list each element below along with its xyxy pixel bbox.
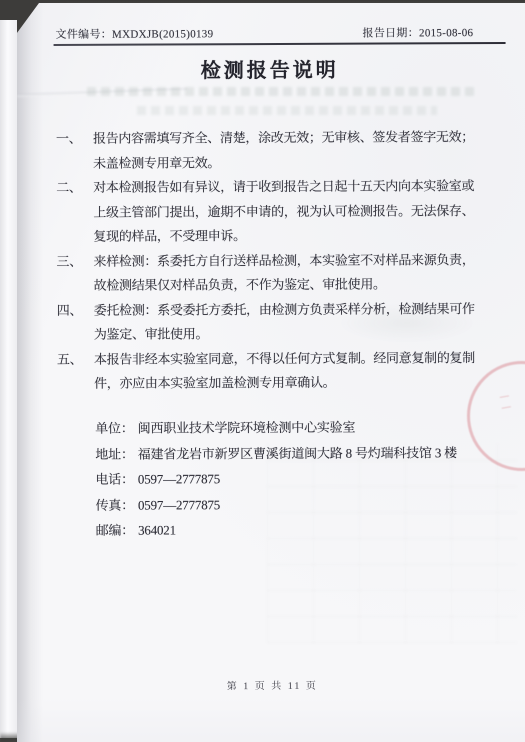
note-item-line: 为鉴定、审批使用。 (57, 321, 509, 347)
note-item-line: 一、报告内容需填写齐全、清楚，涂改无效；无审核、签发者签字无效； (56, 125, 508, 151)
contact-value: 364021 (138, 522, 176, 537)
contact-value: 0597—2777875 (138, 471, 220, 486)
document-page: 丨丨 文件编号：MXDXJB(2015)0139 报告日期：2015-08-06… (17, 3, 525, 742)
note-text: 复现的样品，不受理申诉。 (93, 228, 245, 244)
note-text: 未盖检测专用章无效。 (93, 155, 220, 171)
page-number: 第 1 页 共 11 页 (18, 676, 525, 693)
contact-line-phone: 电话：0597—2777875 (95, 465, 457, 492)
header-rule (54, 42, 506, 45)
note-number: 二、 (56, 176, 93, 201)
note-item-line: 上级主管部门提出，逾期不申请的，视为认可检测报告。无法保存、 (56, 198, 508, 224)
contact-line-unit: 单位：闽西职业技术学院环境检测中心实验室 (95, 414, 457, 441)
page-title: 检测报告说明 (16, 53, 524, 84)
scanned-report-page: 丨丨 文件编号：MXDXJB(2015)0139 报告日期：2015-08-06… (0, 0, 525, 742)
contact-label: 地址： (95, 446, 133, 461)
file-number: 文件编号：MXDXJB(2015)0139 (55, 25, 213, 42)
contact-line-zip: 邮编：364021 (96, 516, 458, 543)
file-number-value: MXDXJB(2015)0139 (112, 28, 213, 40)
note-item-line: 复现的样品，不受理申诉。 (56, 223, 508, 249)
note-text: 件，亦应由本实验室加盖检测专用章确认。 (94, 375, 335, 391)
note-number: 三、 (56, 249, 93, 274)
contact-label: 传真： (96, 497, 134, 512)
note-text: 报告内容需填写齐全、清楚，涂改无效；无审核、签发者签字无效； (93, 129, 474, 146)
report-date-value: 2015-08-06 (419, 27, 473, 39)
contact-block: 单位：闽西职业技术学院环境检测中心实验室 地址：福建省龙岩市新罗区曹溪街道闽大路… (95, 414, 457, 543)
contact-value: 福建省龙岩市新罗区曹溪街道闽大路 8 号灼瑞科技馆 3 楼 (138, 445, 457, 461)
contact-line-address: 地址：福建省龙岩市新罗区曹溪街道闽大路 8 号灼瑞科技馆 3 楼 (95, 440, 457, 467)
contact-line-fax: 传真：0597—2777875 (96, 491, 458, 518)
note-number: 一、 (56, 127, 93, 152)
note-item-line: 四、委托检测：系受委托方委托，由检测方负责采样分析，检测结果可作 (57, 296, 509, 322)
note-text: 委托检测：系受委托方委托，由检测方负责采样分析，检测结果可作 (94, 301, 475, 318)
contact-label: 电话： (95, 472, 133, 487)
page-content: 文件编号：MXDXJB(2015)0139 报告日期：2015-08-06 检测… (15, 2, 525, 742)
note-text: 本报告非经本实验室同意，不得以任何方式复制。经同意复制的复制 (94, 350, 475, 367)
note-item-line: 五、本报告非经本实验室同意，不得以任何方式复制。经同意复制的复制 (57, 345, 509, 371)
note-item-line: 二、对本检测报告如有异议，请于收到报告之日起十五天内向本实验室或 (56, 174, 508, 200)
report-date-label: 报告日期： (362, 27, 419, 39)
contact-label: 邮编： (96, 523, 134, 538)
note-number: 四、 (57, 298, 94, 323)
note-item-line: 未盖检测专用章无效。 (56, 149, 508, 175)
note-text: 对本检测报告如有异议，请于收到报告之日起十五天内向本实验室或 (93, 178, 474, 195)
note-item-line: 故检测结果仅对样品负责，不作为鉴定、审批使用。 (57, 272, 509, 298)
report-date: 报告日期：2015-08-06 (362, 24, 473, 40)
note-item-line: 三、来样检测：系委托方自行送样品检测，本实验室不对样品来源负责， (56, 247, 508, 273)
file-number-label: 文件编号： (55, 29, 112, 41)
contact-label: 单位： (95, 421, 133, 436)
previous-page-edge (0, 20, 17, 738)
contact-value: 闽西职业技术学院环境检测中心实验室 (138, 420, 356, 436)
note-text: 来样检测：系委托方自行送样品检测，本实验室不对样品来源负责， (93, 252, 474, 269)
note-number: 五、 (57, 347, 94, 372)
note-item-line: 件，亦应由本实验室加盖检测专用章确认。 (57, 370, 509, 396)
note-text: 为鉴定、审批使用。 (94, 326, 208, 341)
notes-list: 一、报告内容需填写齐全、清楚，涂改无效；无审核、签发者签字无效； 未盖检测专用章… (56, 125, 509, 396)
note-text: 故检测结果仅对样品负责，不作为鉴定、审批使用。 (94, 276, 386, 292)
note-text: 上级主管部门提出，逾期不申请的，视为认可检测报告。无法保存、 (93, 203, 474, 220)
contact-value: 0597—2777875 (138, 497, 220, 512)
